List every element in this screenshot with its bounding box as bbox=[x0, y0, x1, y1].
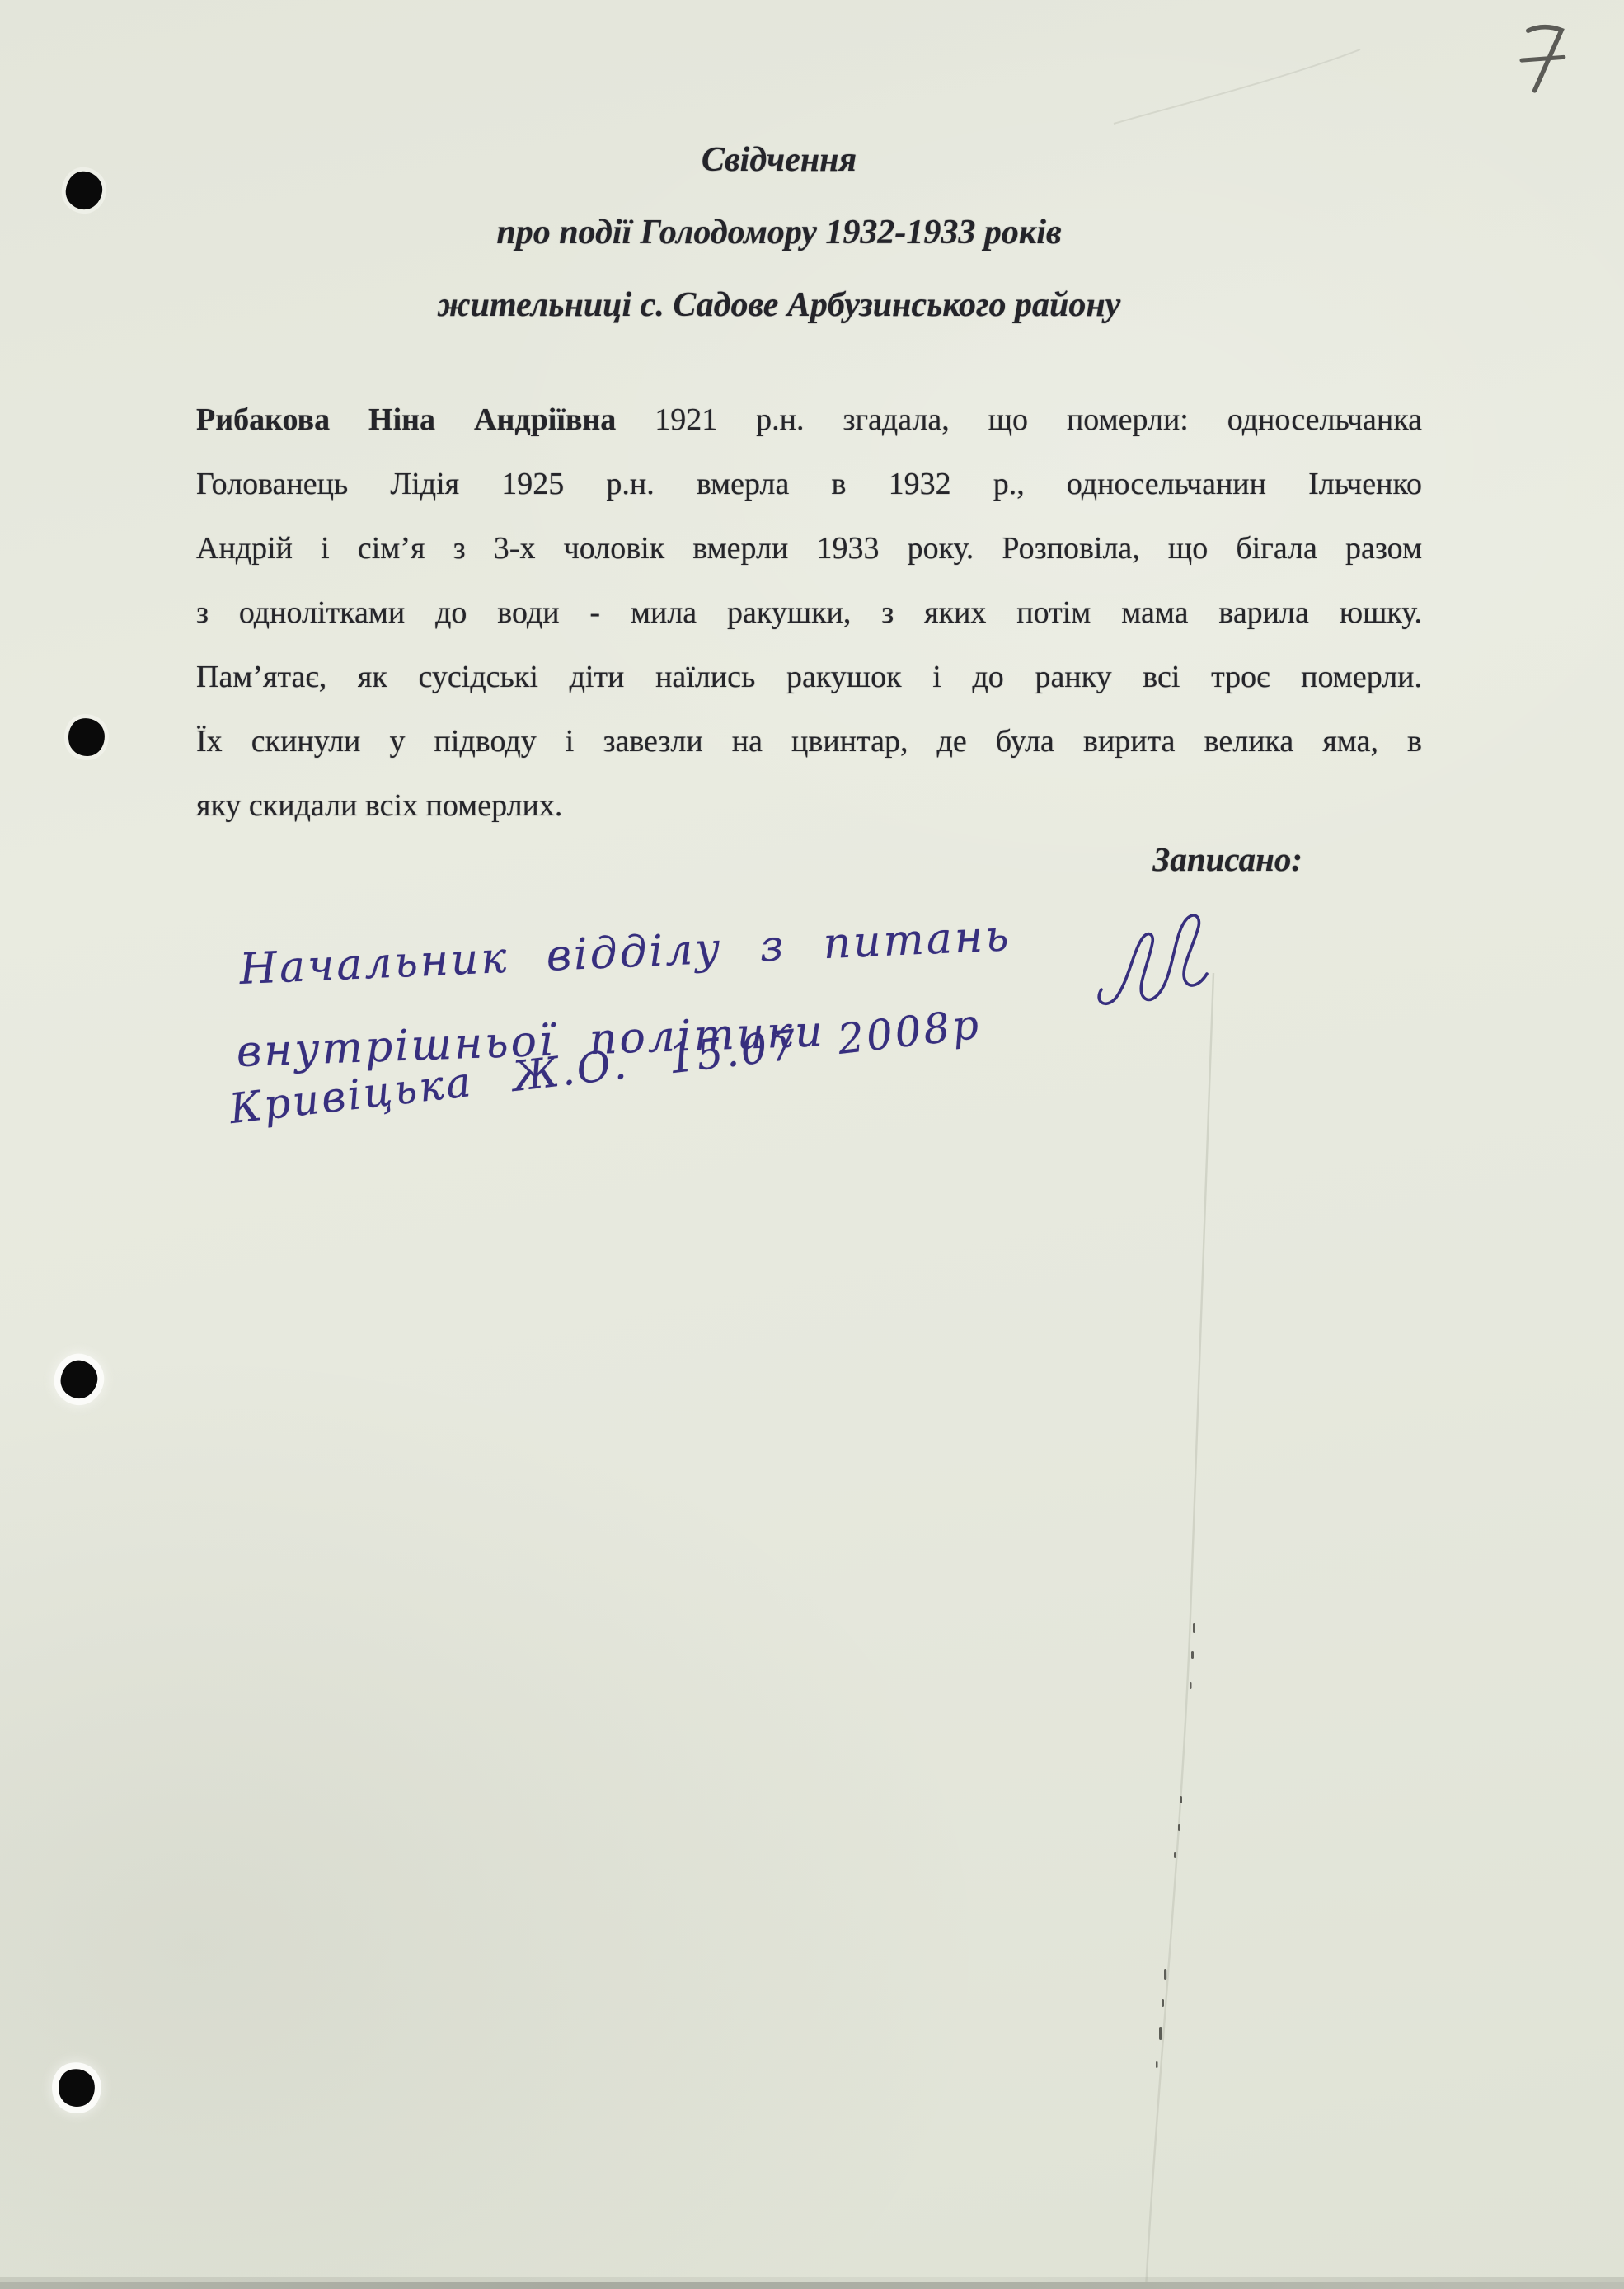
punch-hole bbox=[63, 169, 105, 212]
body-line: Андрій і сім’я з 3-х чоловік вмерли 1933… bbox=[196, 516, 1422, 580]
handwritten-line-position: Начальник відділу з питань bbox=[238, 911, 1011, 994]
page-number-handwritten bbox=[1510, 15, 1578, 104]
testimony-paragraph: Рибакова Ніна Андріївна 1921 р.н. згадал… bbox=[196, 388, 1422, 838]
signature bbox=[1090, 905, 1234, 1025]
crossed-seven-glyph bbox=[1510, 15, 1578, 104]
punch-hole bbox=[55, 2066, 97, 2110]
body-line: Пам’ятає, як сусідські діти наїлись раку… bbox=[196, 645, 1422, 709]
body-line: Їх скинули у підводу і завезли на цвинта… bbox=[196, 709, 1422, 773]
scan-bottom-edge bbox=[0, 2282, 1624, 2289]
punch-hole bbox=[57, 1356, 101, 1402]
body-line: Рибакова Ніна Андріївна 1921 р.н. згадал… bbox=[196, 388, 1422, 452]
title-line-1: Свідчення bbox=[140, 124, 1418, 196]
body-line: Голованець Лідія 1925 р.н. вмерла в 1932… bbox=[196, 452, 1422, 516]
document-title-block: Свідчення про події Голодомору 1932-1933… bbox=[140, 124, 1418, 341]
witness-name: Рибакова Ніна Андріївна bbox=[196, 402, 616, 437]
body-line-text: 1921 р.н. згадала, що померли: односельч… bbox=[616, 402, 1422, 437]
body-line: з однолітками до води - мила ракушки, з … bbox=[196, 580, 1422, 645]
title-line-2: про події Голодомору 1932-1933 років bbox=[140, 196, 1418, 269]
signature-flourish bbox=[1090, 905, 1234, 1025]
title-line-3: жительниці с. Садове Арбузинського район… bbox=[140, 269, 1418, 341]
recorded-by-label: Записано: bbox=[973, 839, 1302, 879]
paper-crease bbox=[0, 0, 1624, 2289]
punch-hole bbox=[67, 717, 107, 758]
body-line: яку скидали всіх померлих. bbox=[196, 773, 1422, 838]
scanned-document-page: Свідчення про події Голодомору 1932-1933… bbox=[0, 0, 1624, 2289]
